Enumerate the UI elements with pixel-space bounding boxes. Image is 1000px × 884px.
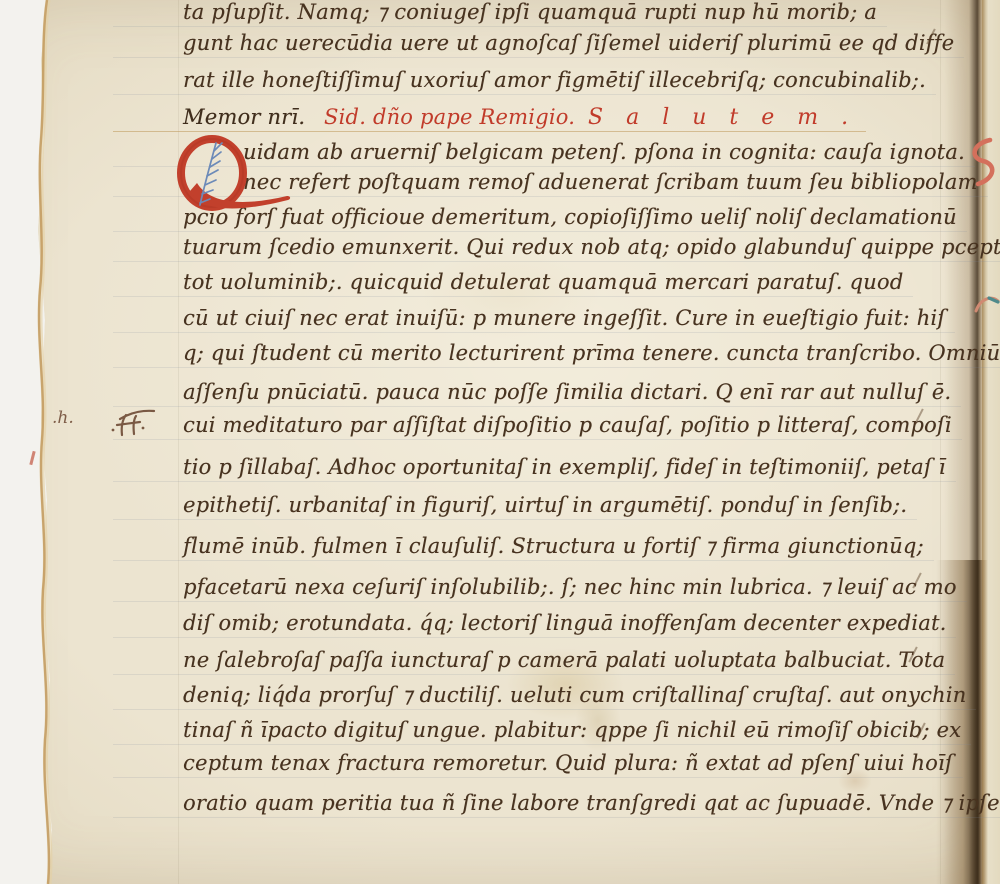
text-line: deniq; liq́da prorſuſ ⁊ ductiliſ. ueluti…: [183, 677, 966, 713]
text-line: nec refert poſtquam remoſ aduenerat ſcri…: [183, 164, 978, 200]
text-line: oratio quam peritia tua ñ ſine labore tr…: [183, 785, 1000, 821]
text-line: epithetiſ. urbanitaſ in figuriſ, uirtuſ …: [183, 487, 907, 523]
text-line: pfacetarū nexa ceſuriſ inſolubilib;. ſ; …: [183, 569, 957, 605]
text-line: tuarum ſcedio emunxerit. Qui redux nob a…: [183, 229, 1000, 265]
decorated-initial-Q: [170, 131, 302, 243]
text-line: rat ille honeſtiſſimuſ uxoriuſ amor figm…: [183, 62, 926, 98]
text-line: diſ omib; erotundata. q́q; lectoriſ ling…: [183, 605, 946, 641]
rubric-salutem: S a l u t e m .: [588, 105, 856, 130]
text-line: tinaſ ñ īpacto digituſ ungue. plabitur: …: [183, 712, 961, 748]
text-line: q; qui ſtudent cū merito lecturirent prī…: [183, 335, 1000, 371]
explicit-text: Memor nrī.: [183, 105, 305, 129]
margin-note-h: .h.: [52, 408, 74, 428]
text-line: aſſenſu pnūciatū. pauca nūc poſſe ſimili…: [183, 374, 951, 410]
text-line: tot uoluminib;. quicquid detulerat quamq…: [183, 264, 903, 300]
rubric-address: Sid. dño pape Remigio.: [324, 105, 575, 129]
margin-red-tick: [29, 451, 35, 465]
text-line: flumē inūb. fulmen ī clauſuliſ. Structur…: [183, 528, 924, 564]
text-line: tio p ſillabaſ. Adhoc oportunitaſ in exe…: [183, 449, 946, 485]
text-line: ceptum tenax fractura remoretur. Quid pl…: [183, 745, 953, 781]
text-line: cū ut ciuiſ nec erat inuiſū: p munere in…: [183, 300, 945, 336]
colored-corner-mark: [974, 293, 1000, 315]
text-line: gunt hac uerecūdia uere ut agnoſcaſ ſiſe…: [183, 25, 954, 61]
red-squiggle-mark: [966, 136, 1000, 192]
text-line: ne ſalebroſaſ paſſa iuncturaſ p camerā p…: [183, 642, 945, 678]
text-line: cui meditaturo par aſſiſtat diſpoſitio p…: [183, 407, 952, 443]
manuscript-scan: { "manuscript": { "description": "Mediev…: [0, 0, 1000, 884]
rubric-line: Memor nrī. Sid. dño pape Remigio. S a l …: [183, 99, 856, 135]
margin-note-monogram: [110, 408, 156, 442]
